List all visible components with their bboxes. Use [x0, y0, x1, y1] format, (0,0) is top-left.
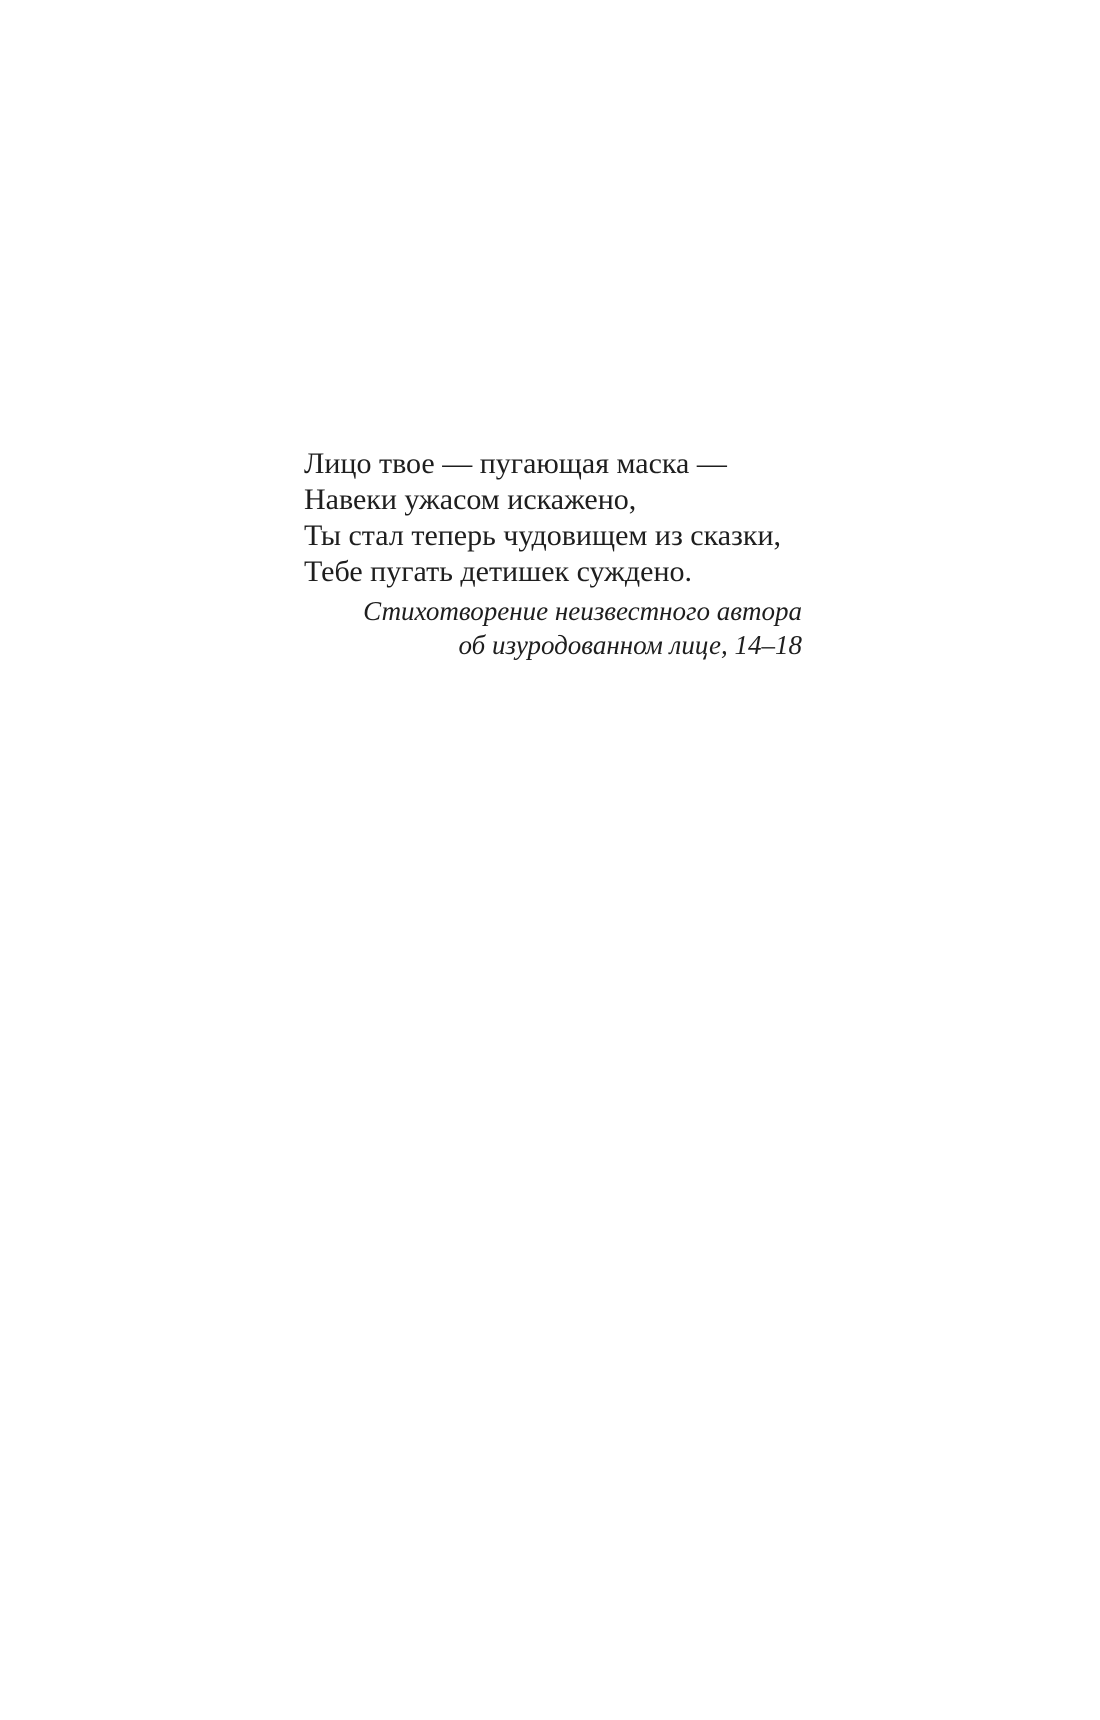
attribution-line-1: Стихотворение неизвестного автора [304, 594, 802, 628]
verse-line-4: Тебе пугать детишек суждено. [304, 554, 802, 590]
epigraph-attribution: Стихотворение неизвестного автора об изу… [304, 594, 802, 662]
verse-line-2: Навеки ужасом искажено, [304, 482, 802, 518]
epigraph-verse: Лицо твое — пугающая маска — Навеки ужас… [304, 446, 802, 590]
epigraph: Лицо твое — пугающая маска — Навеки ужас… [304, 446, 802, 662]
verse-line-3: Ты стал теперь чудовищем из сказки, [304, 518, 802, 554]
attribution-line-2: об изуродованном лице, 14–18 [304, 628, 802, 662]
verse-line-1: Лицо твое — пугающая маска — [304, 446, 802, 482]
